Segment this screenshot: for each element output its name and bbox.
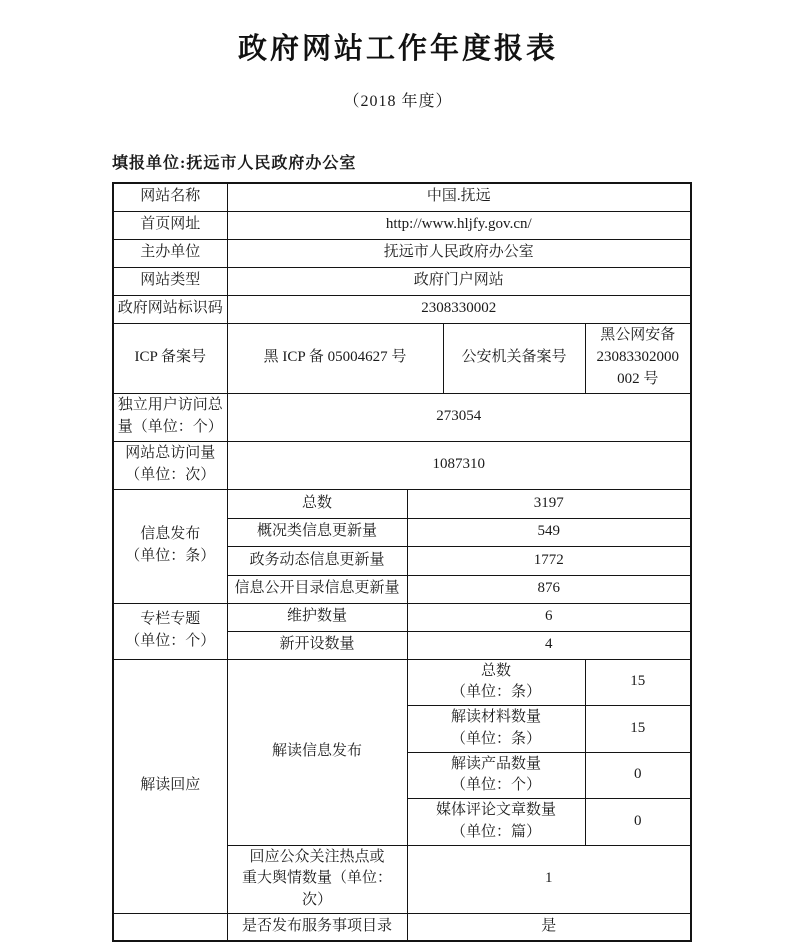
public-response-value: 1 (407, 845, 691, 913)
page-title: 政府网站工作年度报表 (0, 26, 796, 67)
empty-section-cell (113, 913, 227, 941)
icp-filing-label: ICP 备案号 (113, 323, 227, 393)
unique-visitors-value: 273054 (227, 393, 691, 441)
service-directory-value: 是 (407, 913, 691, 941)
sponsor-unit-label: 主办单位 (113, 239, 227, 267)
interpretation-total-value: 15 (585, 659, 691, 706)
police-filing-value: 黑公网安备 23083302000 002 号 (585, 323, 691, 393)
interpretation-product-label: 解读产品数量 （单位：个） (407, 752, 585, 799)
site-name-value: 中国.抚远 (227, 183, 691, 211)
info-publish-news-value: 1772 (407, 546, 691, 575)
special-topics-maintained-label: 维护数量 (227, 603, 407, 631)
info-publish-news-label: 政务动态信息更新量 (227, 546, 407, 575)
special-topics-maintained-value: 6 (407, 603, 691, 631)
police-filing-label: 公安机关备案号 (443, 323, 585, 393)
report-table: 网站名称 中国.抚远 首页网址 http://www.hljfy.gov.cn/… (112, 182, 692, 942)
reporting-unit-line: 填报单位:抚远市人民政府办公室 (112, 150, 356, 173)
info-publish-directory-value: 876 (407, 575, 691, 603)
special-topics-new-label: 新开设数量 (227, 631, 407, 659)
info-publish-total-label: 总数 (227, 489, 407, 518)
info-publish-directory-label: 信息公开目录信息更新量 (227, 575, 407, 603)
interpretation-product-value: 0 (585, 752, 691, 799)
site-type-label: 网站类型 (113, 267, 227, 295)
interpretation-material-label: 解读材料数量 （单位：条） (407, 706, 585, 753)
icp-filing-value: 黑 ICP 备 05004627 号 (227, 323, 443, 393)
page-subtitle: （2018 年度） (0, 88, 796, 111)
site-type-value: 政府门户网站 (227, 267, 691, 295)
info-publish-overview-label: 概况类信息更新量 (227, 518, 407, 546)
info-publish-overview-value: 549 (407, 518, 691, 546)
special-topics-section-label: 专栏专题 （单位：个） (113, 603, 227, 659)
service-directory-label: 是否发布服务事项目录 (227, 913, 407, 941)
interpretation-media-label: 媒体评论文章数量 （单位：篇） (407, 799, 585, 846)
site-code-label: 政府网站标识码 (113, 295, 227, 323)
interpretation-publish-label: 解读信息发布 (227, 659, 407, 845)
interpretation-total-label: 总数 （单位：条） (407, 659, 585, 706)
interpretation-media-value: 0 (585, 799, 691, 846)
interpretation-material-value: 15 (585, 706, 691, 753)
info-publish-section-label: 信息发布 （单位：条） (113, 489, 227, 603)
info-publish-total-value: 3197 (407, 489, 691, 518)
site-name-label: 网站名称 (113, 183, 227, 211)
homepage-url-value: http://www.hljfy.gov.cn/ (227, 211, 691, 239)
special-topics-new-value: 4 (407, 631, 691, 659)
report-page: 政府网站工作年度报表 （2018 年度） 填报单位:抚远市人民政府办公室 网站名… (0, 0, 796, 949)
homepage-url-label: 首页网址 (113, 211, 227, 239)
interpretation-section-label: 解读回应 (113, 659, 227, 913)
total-visits-label: 网站总访问量 （单位：次） (113, 441, 227, 489)
sponsor-unit-value: 抚远市人民政府办公室 (227, 239, 691, 267)
public-response-label: 回应公众关注热点或 重大舆情数量（单位： 次） (227, 845, 407, 913)
site-code-value: 2308330002 (227, 295, 691, 323)
total-visits-value: 1087310 (227, 441, 691, 489)
unique-visitors-label: 独立用户访问总 量（单位：个） (113, 393, 227, 441)
